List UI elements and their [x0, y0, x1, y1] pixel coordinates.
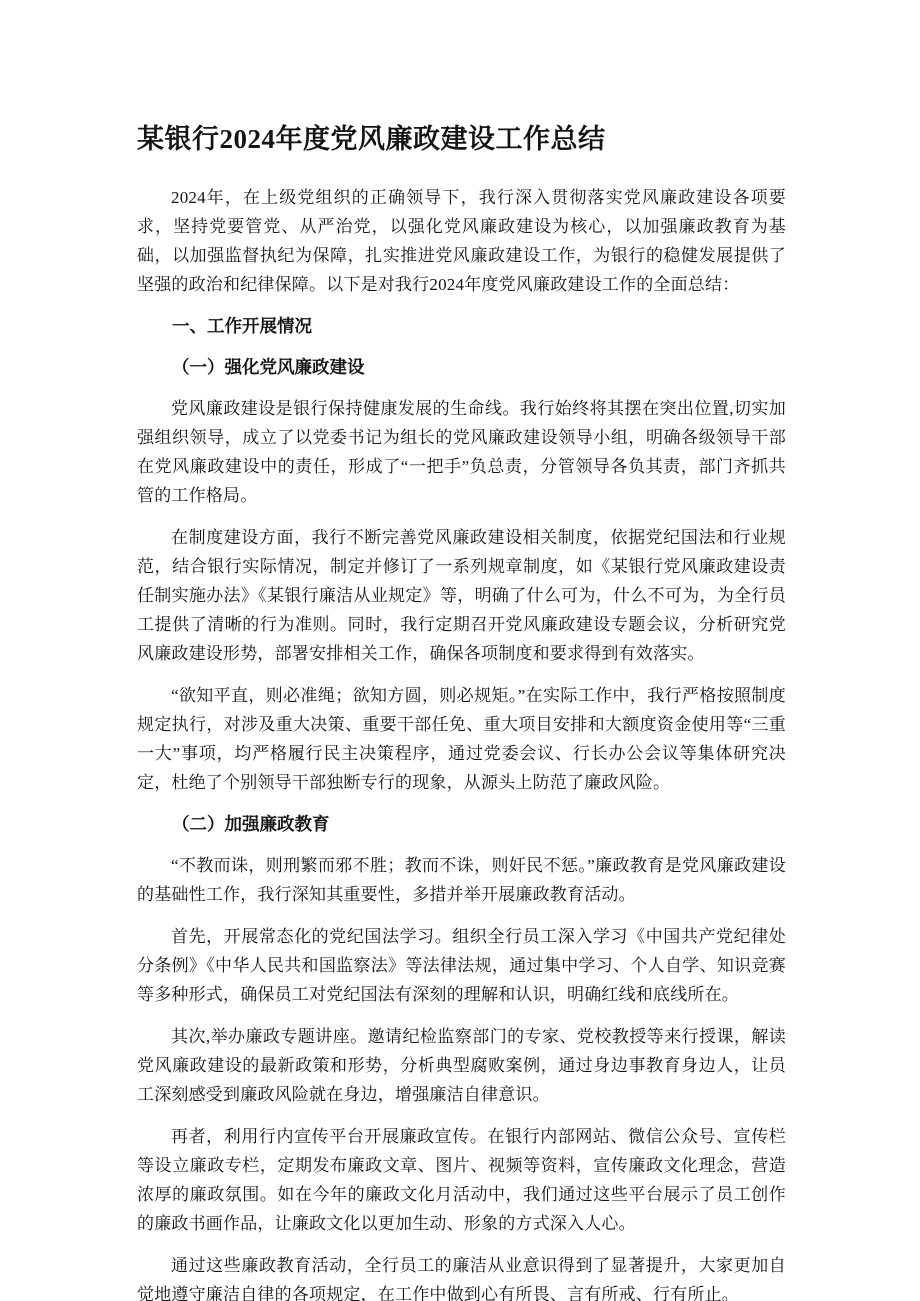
document-page: 某银行2024年度党风廉政建设工作总结 2024年，在上级党组织的正确领导下，我…: [0, 0, 920, 1301]
paragraph: “不教而诛，则刑繁而邪不胜；教而不诛，则奸民不惩。”廉政教育是党风廉政建设的基础…: [137, 851, 786, 909]
paragraph: “欲知平直，则必准绳；欲知方圆，则必规矩。”在实际工作中，我行严格按照制度规定执…: [137, 681, 786, 797]
subsection-heading-1-1: （一）强化党风廉政建设: [137, 353, 786, 382]
paragraph-intro: 2024年，在上级党组织的正确领导下，我行深入贯彻落实党风廉政建设各项要求，坚持…: [137, 183, 786, 299]
paragraph: 首先，开展常态化的党纪国法学习。组织全行员工深入学习《中国共产党纪律处分条例》《…: [137, 922, 786, 1009]
paragraph: 党风廉政建设是银行保持健康发展的生命线。我行始终将其摆在突出位置,切实加强组织领…: [137, 394, 786, 510]
subsection-heading-1-2: （二）加强廉政教育: [137, 810, 786, 839]
paragraph: 通过这些廉政教育活动，全行员工的廉洁从业意识得到了显著提升，大家更加自觉地遵守廉…: [137, 1251, 786, 1301]
paragraph: 其次,举办廉政专题讲座。邀请纪检监察部门的专家、党校教授等来行授课，解读党风廉政…: [137, 1022, 786, 1109]
paragraph: 再者，利用行内宣传平台开展廉政宣传。在银行内部网站、微信公众号、宣传栏等设立廉政…: [137, 1122, 786, 1238]
document-title: 某银行2024年度党风廉政建设工作总结: [137, 122, 786, 156]
paragraph: 在制度建设方面，我行不断完善党风廉政建设相关制度，依据党纪国法和行业规范，结合银…: [137, 523, 786, 668]
section-heading-1: 一、工作开展情况: [137, 312, 786, 341]
